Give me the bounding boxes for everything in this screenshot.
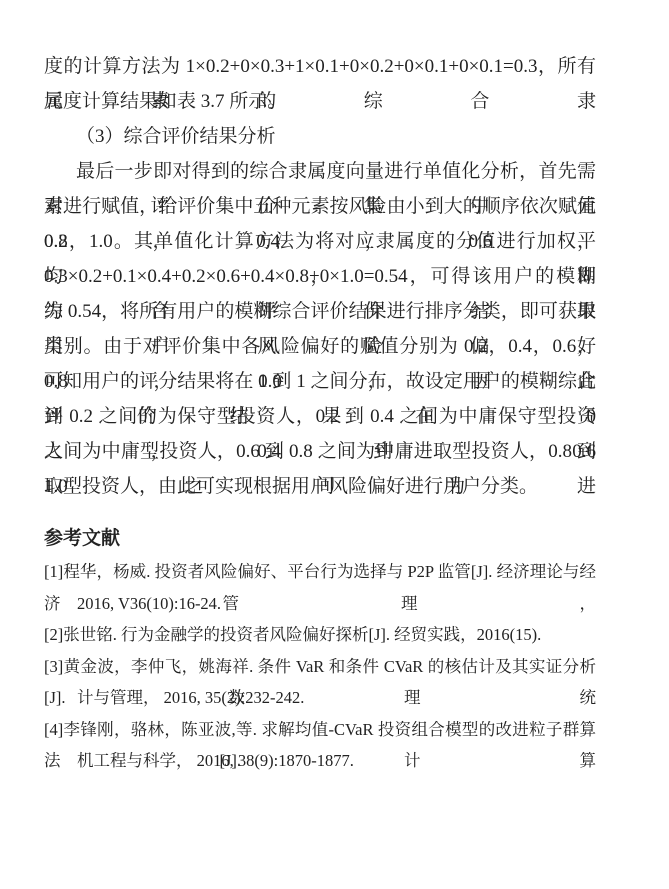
references-heading: 参考文献 xyxy=(44,524,596,554)
reference-4-line-1: [4]李锋刚，骆林，陈亚波,等. 求解均值-CVaR 投资组合模型的改进粒子群算… xyxy=(44,714,596,746)
paragraph2-line-5: 为 0.54，将所有用户的模糊综合评价结果进行排序分类，即可获取用户风险偏好 xyxy=(44,294,596,329)
paragraph2-line-7: 可知用户的评分结果将在 0 到 1 之间分布，故设定用户的模糊综合评价结果在 0 xyxy=(44,364,596,399)
document-page: 度的计算方法为 1×0.2+0×0.3+1×0.1+0×0.2+0×0.1+0×… xyxy=(0,0,669,889)
paragraph2-line-4: 0.3×0.2+0.1×0.4+0.2×0.6+0.4×0.8+0×1.0=0.… xyxy=(44,259,596,294)
reference-1-line-1: [1]程华，杨威. 投资者风险偏好、平台行为选择与 P2P 监管[J]. 经济理… xyxy=(44,556,596,588)
paragraph2-line-2: 素进行赋值，给评价集中五种元素按风险由小到大的顺序依次赋值 0.2，0.4，0.… xyxy=(44,189,596,224)
paragraph2-line-1: 最后一步即对得到的综合隶属度向量进行单值化分析，首先需对评价集中元 xyxy=(44,154,596,189)
paragraph2-line-10: 取型投资人，由此可实现根据用户风险偏好进行用户分类。 xyxy=(44,469,596,504)
paragraph2-line-8: 到 0.2 之间的为保守型投资人，0.2 到 0.4 之间为中庸保守型投资人，0… xyxy=(44,399,596,434)
paragraph1-line-1: 度的计算方法为 1×0.2+0×0.3+1×0.1+0×0.2+0×0.1+0×… xyxy=(44,49,596,84)
paragraph2-line-3: 0.8，1.0。其单值化计算方法为将对应隶属度的分值进行加权平均，即 xyxy=(44,224,596,259)
paragraph2-line-6: 类别。由于对评价集中各风险偏好的赋值分别为 0.2，0.4，0.6，0.8，1.… xyxy=(44,329,596,364)
references-list: [1]程华，杨威. 投资者风险偏好、平台行为选择与 P2P 监管[J]. 经济理… xyxy=(44,556,596,777)
document-content: 度的计算方法为 1×0.2+0×0.3+1×0.1+0×0.2+0×0.1+0×… xyxy=(44,49,596,777)
paragraph2-line-9: 之间为中庸型投资人，0.6 到 0.8 之间为中庸进取型投资人，0.8 到 1.… xyxy=(44,434,596,469)
subsection-heading: （3）综合评价结果分析 xyxy=(44,119,596,154)
reference-2-line-1: [2]张世铭. 行为金融学的投资者风险偏好探析[J]. 经贸实践，2016(15… xyxy=(44,619,596,651)
reference-3-line-1: [3]黄金波，李仲飞，姚海祥. 条件 VaR 和条件 CVaR 的核估计及其实证… xyxy=(44,651,596,683)
